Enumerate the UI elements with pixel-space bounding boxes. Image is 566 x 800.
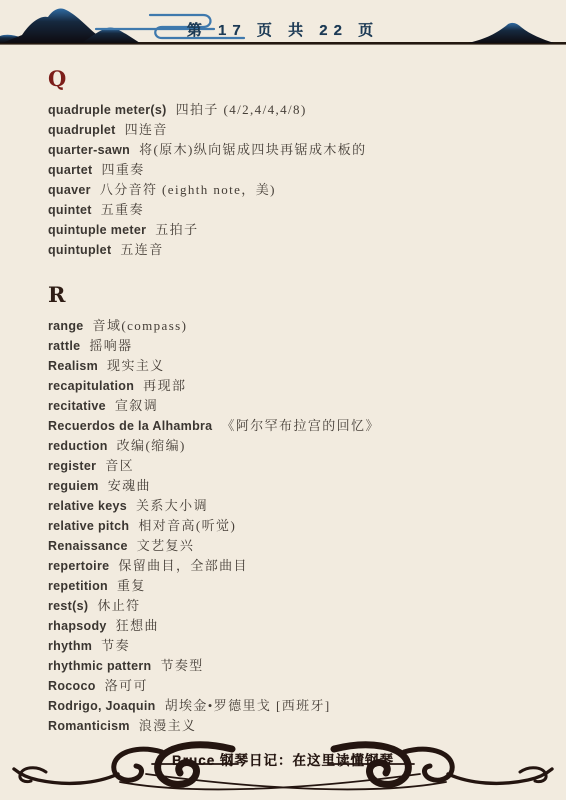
glossary-entry: reguiem安魂曲 [48, 476, 550, 496]
entry-term: reguiem [48, 479, 99, 493]
entry-term: quaver [48, 183, 91, 197]
glossary-entry: Realism现实主义 [48, 356, 550, 376]
entry-definition: 五连音 [120, 242, 163, 257]
glossary-entry: register音区 [48, 456, 550, 476]
entry-term: Realism [48, 359, 98, 373]
entry-term: rhythm [48, 639, 92, 653]
glossary-entry: reduction改编(缩编) [48, 436, 550, 456]
entry-definition: 胡埃金•罗德里戈 [西班牙] [165, 698, 331, 713]
glossary: Q quadruple meter(s)四拍子 (4/2,4/4,4/8) qu… [48, 66, 550, 736]
entry-term: range [48, 319, 84, 333]
entry-term: register [48, 459, 96, 473]
entry-definition: 《阿尔罕布拉宫的回忆》 [221, 418, 379, 433]
glossary-entry: recapitulation再现部 [48, 376, 550, 396]
entry-term: quadruple meter(s) [48, 103, 167, 117]
section-letter: R [48, 282, 550, 308]
glossary-section: Q quadruple meter(s)四拍子 (4/2,4/4,4/8) qu… [48, 66, 550, 260]
entry-definition: 四重奏 [101, 162, 144, 177]
glossary-entry: rest(s)休止符 [48, 596, 550, 616]
entry-term: recapitulation [48, 379, 134, 393]
glossary-entry: recitative宣叙调 [48, 396, 550, 416]
glossary-entry: quintet五重奏 [48, 200, 550, 220]
entry-term: quintet [48, 203, 92, 217]
entry-definition: 休止符 [97, 598, 140, 613]
glossary-entry: Renaissance文艺复兴 [48, 536, 550, 556]
entry-definition: 音区 [105, 458, 134, 473]
entry-definition: 节奏 [101, 638, 130, 653]
entry-definition: 五拍子 [155, 222, 198, 237]
glossary-entry: quadruple meter(s)四拍子 (4/2,4/4,4/8) [48, 100, 550, 120]
entry-definition: 五重奏 [101, 202, 144, 217]
glossary-entry: rattle摇响器 [48, 336, 550, 356]
entry-definition: 现实主义 [107, 358, 165, 373]
entry-term: rhythmic pattern [48, 659, 151, 673]
glossary-entry: Recuerdos de la Alhambra《阿尔罕布拉宫的回忆》 [48, 416, 550, 436]
entry-term: reduction [48, 439, 108, 453]
glossary-entry: quarter-sawn将(原木)纵向锯成四块再锯成木板的 [48, 140, 550, 160]
page-header: 第 17 页 共 22 页 [0, 0, 566, 48]
entry-term: quadruplet [48, 123, 116, 137]
glossary-entry: Romanticism浪漫主义 [48, 716, 550, 736]
glossary-page: 第 17 页 共 22 页 Q quadruple meter(s)四拍子 (4… [0, 0, 566, 800]
section-letter: Q [48, 66, 550, 92]
entry-term: quartet [48, 163, 92, 177]
entry-definition: 重复 [117, 578, 146, 593]
entry-definition: 保留曲目，全部曲目 [118, 558, 248, 573]
glossary-entry: repetition重复 [48, 576, 550, 596]
entry-definition: 改编(缩编) [117, 438, 186, 453]
entry-definition: 宣叙调 [115, 398, 158, 413]
page-indicator: 第 17 页 共 22 页 [0, 19, 566, 40]
entry-definition: 节奏型 [160, 658, 203, 673]
entry-term: Rodrigo, Joaquin [48, 699, 156, 713]
glossary-entry: quintuple meter五拍子 [48, 220, 550, 240]
entry-term: recitative [48, 399, 106, 413]
entry-definition: 狂想曲 [116, 618, 159, 633]
entry-term: quintuplet [48, 243, 111, 257]
entry-term: Romanticism [48, 719, 130, 733]
glossary-entry: quadruplet四连音 [48, 120, 550, 140]
entry-term: relative keys [48, 499, 127, 513]
entry-term: rattle [48, 339, 80, 353]
glossary-entry: rhythmic pattern节奏型 [48, 656, 550, 676]
entry-term: repetition [48, 579, 108, 593]
entry-term: Recuerdos de la Alhambra [48, 419, 212, 433]
glossary-entry: quartet四重奏 [48, 160, 550, 180]
entry-definition: 将(原木)纵向锯成四块再锯成木板的 [139, 142, 366, 157]
glossary-entry: Rodrigo, Joaquin胡埃金•罗德里戈 [西班牙] [48, 696, 550, 716]
entry-definition: 四拍子 (4/2,4/4,4/8) [176, 102, 307, 117]
entry-definition: 再现部 [143, 378, 186, 393]
glossary-entry: range音域(compass) [48, 316, 550, 336]
entry-term: rhapsody [48, 619, 107, 633]
entry-term: Rococo [48, 679, 96, 693]
glossary-entry: relative pitch相对音高(听觉) [48, 516, 550, 536]
entry-definition: 相对音高(听觉) [138, 518, 236, 533]
entry-list: quadruple meter(s)四拍子 (4/2,4/4,4/8) quad… [48, 100, 550, 260]
entry-definition: 摇响器 [89, 338, 132, 353]
glossary-entry: Rococo洛可可 [48, 676, 550, 696]
glossary-entry: rhythm节奏 [48, 636, 550, 656]
entry-term: rest(s) [48, 599, 88, 613]
entry-definition: 洛可可 [105, 678, 148, 693]
entry-term: quintuple meter [48, 223, 146, 237]
entry-definition: 关系大小调 [136, 498, 208, 513]
glossary-entry: quaver八分音符 (eighth note，美) [48, 180, 550, 200]
footer-brand-text: Bruce 钢琴日记：在这里读懂钢琴 [0, 749, 566, 769]
entry-definition: 安魂曲 [108, 478, 151, 493]
glossary-entry: relative keys关系大小调 [48, 496, 550, 516]
page-footer: Bruce 钢琴日记：在这里读懂钢琴 [0, 738, 566, 798]
entry-definition: 文艺复兴 [137, 538, 195, 553]
entry-term: Renaissance [48, 539, 128, 553]
glossary-entry: repertoire保留曲目，全部曲目 [48, 556, 550, 576]
entry-definition: 音域(compass) [93, 318, 188, 333]
entry-term: repertoire [48, 559, 109, 573]
glossary-entry: quintuplet五连音 [48, 240, 550, 260]
entry-definition: 八分音符 (eighth note，美) [100, 182, 276, 197]
entry-definition: 浪漫主义 [139, 718, 197, 733]
entry-definition: 四连音 [125, 122, 168, 137]
entry-list: range音域(compass) rattle摇响器 Realism现实主义 r… [48, 316, 550, 736]
entry-term: quarter-sawn [48, 143, 130, 157]
entry-term: relative pitch [48, 519, 129, 533]
glossary-section: R range音域(compass) rattle摇响器 Realism现实主义… [48, 282, 550, 736]
glossary-entry: rhapsody狂想曲 [48, 616, 550, 636]
